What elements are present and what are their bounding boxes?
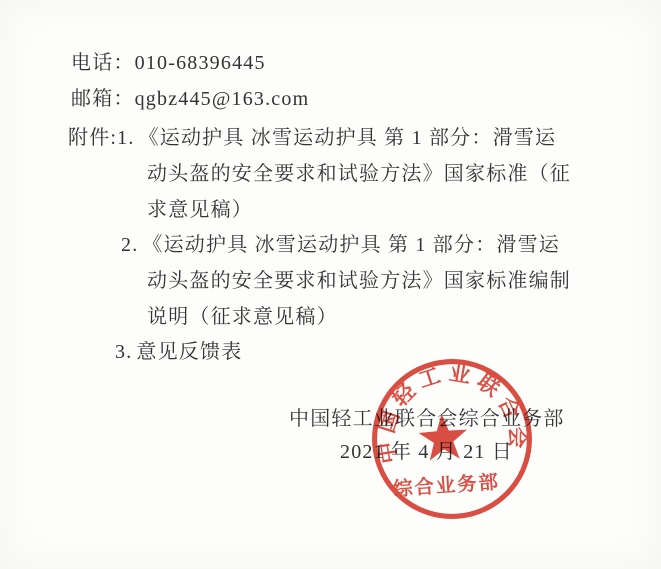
attachment-2-number: 2. — [121, 234, 142, 256]
phone-label: 电话： — [71, 52, 135, 74]
phone-line: 电话：010-68396445 — [71, 51, 266, 75]
attachment-1-number: 1. — [117, 127, 138, 149]
attachment-line-6: 说明（征求意见稿） — [147, 305, 338, 329]
attachment-line-5: 动头盔的安全要求和试验方法》国家标准编制 — [147, 269, 571, 293]
attachment-1-title-part3: 求意见稿） — [147, 199, 253, 221]
official-seal-graphic: 中国轻工业联合会 综合业务部 — [363, 350, 540, 527]
official-seal: 中国轻工业联合会 综合业务部 — [363, 350, 540, 527]
email-line: 邮箱：qgbz445@163.com — [71, 87, 309, 111]
attachment-line-3: 求意见稿） — [147, 198, 253, 222]
document-page: 电话：010-68396445 邮箱：qgbz445@163.com 附件:1.… — [0, 0, 661, 569]
attachment-line-1: 附件:1.《运动护具 冰雪运动护具 第 1 部分：滑雪运 — [68, 126, 556, 150]
email-value: qgbz445@163.com — [135, 88, 310, 110]
attachment-2-title-part2: 动头盔的安全要求和试验方法》国家标准编制 — [147, 270, 571, 292]
attachments-label: 附件: — [68, 127, 117, 149]
attachment-line-7: 3.意见反馈表 — [115, 340, 242, 364]
phone-value: 010-68396445 — [135, 52, 266, 74]
attachment-2-title-part1: 《运动护具 冰雪运动护具 第 1 部分：滑雪运 — [142, 234, 560, 256]
attachment-1-title-part2: 动头盔的安全要求和试验方法》国家标准（征 — [147, 163, 571, 185]
attachment-3-title: 意见反馈表 — [136, 341, 242, 363]
attachment-3-number: 3. — [115, 341, 136, 363]
seal-bottom-text: 综合业务部 — [392, 470, 500, 500]
attachment-line-4: 2.《运动护具 冰雪运动护具 第 1 部分：滑雪运 — [121, 233, 560, 257]
attachment-2-title-part3: 说明（征求意见稿） — [147, 306, 338, 328]
email-label: 邮箱： — [71, 88, 135, 110]
attachment-line-2: 动头盔的安全要求和试验方法》国家标准（征 — [147, 162, 571, 186]
star-icon — [417, 412, 469, 461]
attachment-1-title-part1: 《运动护具 冰雪运动护具 第 1 部分：滑雪运 — [139, 127, 557, 149]
